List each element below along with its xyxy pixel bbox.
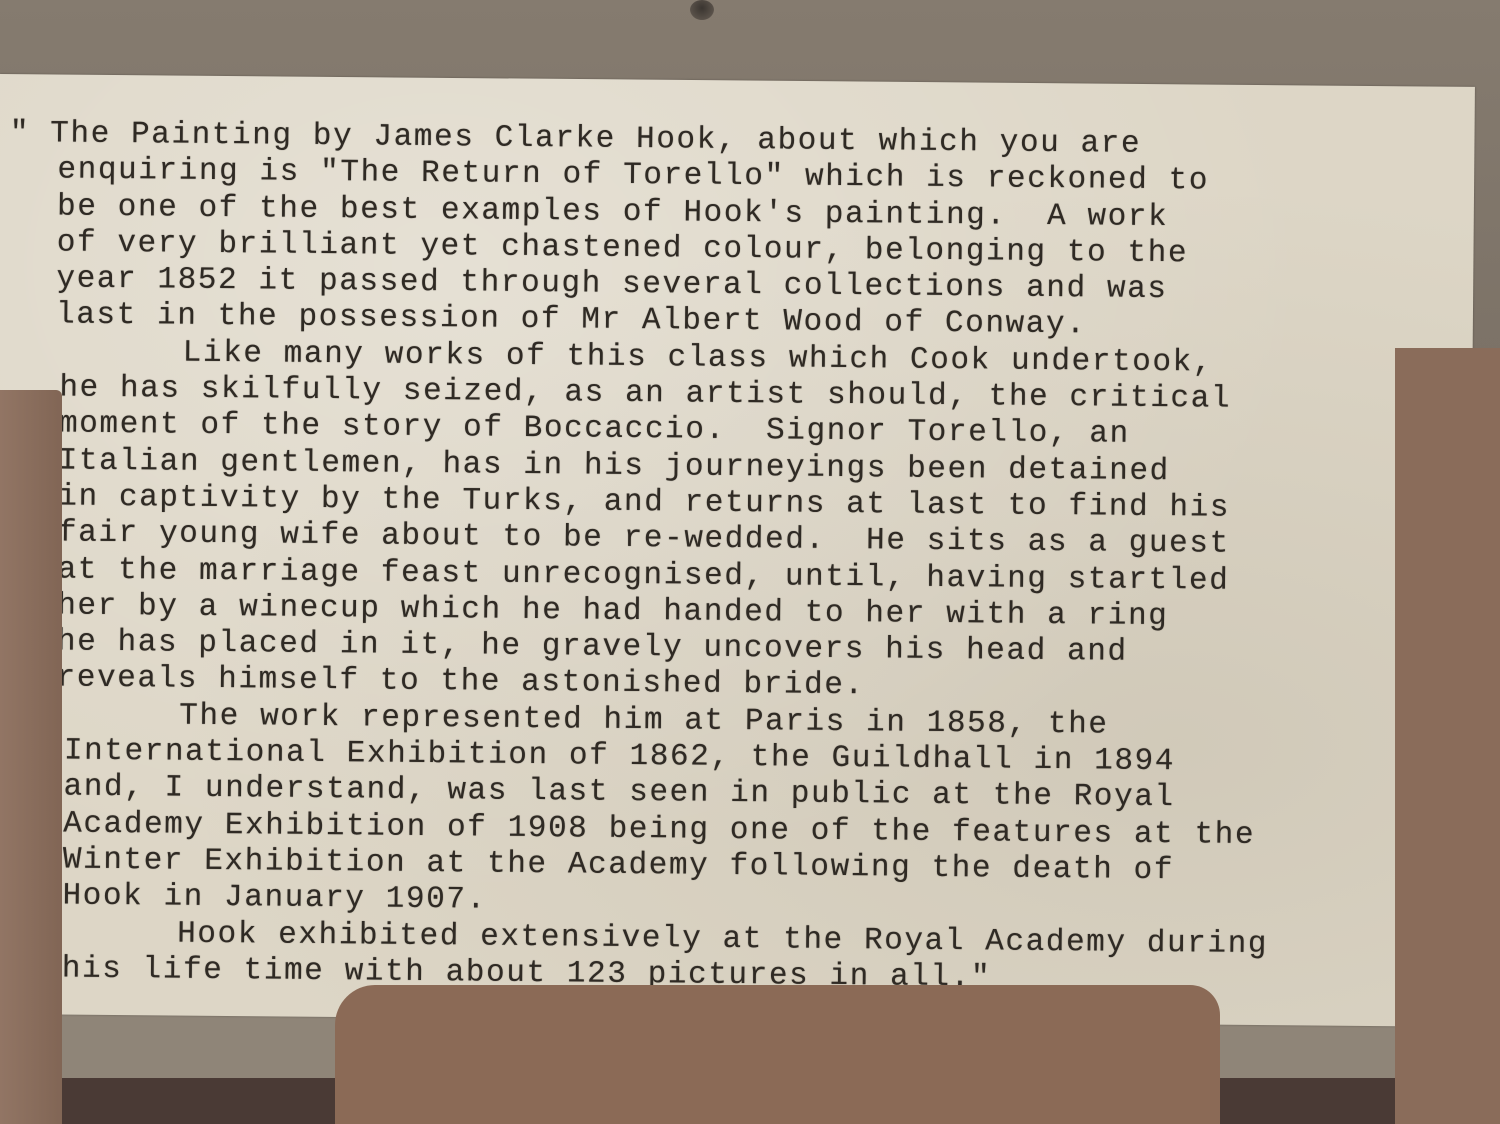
nail-icon	[690, 0, 714, 20]
brown-tape-right	[1395, 348, 1500, 1124]
typed-text: " The Painting by James Clarke Hook, abo…	[2, 116, 1410, 1001]
brown-tape-left	[0, 390, 62, 1124]
brown-tape-bottom	[335, 985, 1220, 1124]
